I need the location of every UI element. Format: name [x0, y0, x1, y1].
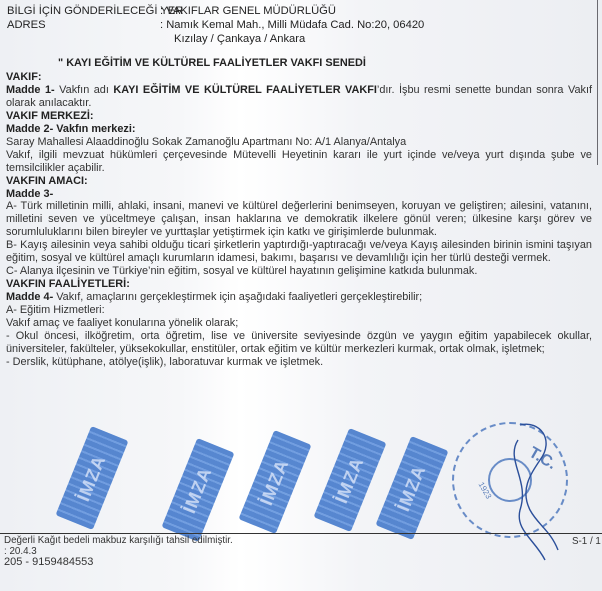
article-4-text: Vakıf, amaçlarını gerçekleştirmek için a…: [53, 291, 422, 303]
footer-divider: [0, 533, 602, 534]
section-heading-vakif: VAKIF:: [6, 71, 592, 84]
signature-icon: [500, 420, 560, 570]
imza-stamp-label: İMZA: [393, 462, 430, 514]
recipient-label: BİLGİ İÇİN GÖNDERİLECEĞİ YER: [7, 4, 160, 18]
article-4-label: Madde 4-: [6, 291, 53, 303]
section-heading-faaliyet: VAKFIN FAALİYETLERİ:: [6, 278, 592, 291]
activities-intro: Vakıf amaç ve faaliyet konularına yöneli…: [6, 317, 592, 330]
article-4: Madde 4- Vakıf, amaçlarını gerçekleştirm…: [6, 291, 592, 304]
education-services-heading: A- Eğitim Hizmetleri:: [6, 304, 592, 317]
document-title: " KAYI EĞİTİM VE KÜLTÜREL FAALİYETLER VA…: [6, 57, 592, 70]
page-number: S-1 / 1 - 5: [572, 536, 602, 547]
article-2-label: Madde 2- Vakfın merkezi:: [6, 123, 592, 136]
address-line-1: : Namık Kemal Mah., Milli Müdafa Cad. No…: [160, 18, 424, 32]
imza-stamp: İMZA: [238, 430, 311, 534]
imza-stamp: İMZA: [375, 436, 448, 540]
imza-stamp: İMZA: [55, 426, 128, 530]
purpose-b: B- Kayış ailesinin veya sahibi olduğu ti…: [6, 239, 592, 265]
purpose-c: C- Alanya ilçesinin ve Türkiye’nin eğiti…: [6, 265, 592, 278]
footer-line-1: Değerli Kağıt bedeli makbuz karşılığı ta…: [4, 536, 233, 547]
imza-stamp-label: İMZA: [331, 454, 368, 506]
imza-stamp-label: İMZA: [256, 456, 293, 508]
article-3-label: Madde 3-: [6, 188, 592, 201]
section-heading-amac: VAKFIN AMACI:: [6, 175, 592, 188]
right-border-line: [597, 0, 598, 165]
article-1-label: Madde 1-: [6, 84, 55, 96]
activity-item-2: - Derslik, kütüphane, atölye(işlik), lab…: [6, 356, 592, 369]
article-1-text-pre: Vakfın adı: [55, 84, 114, 96]
document-body: " KAYI EĞİTİM VE KÜLTÜREL FAALİYETLER VA…: [6, 57, 592, 369]
recipient-header: BİLGİ İÇİN GÖNDERİLECEĞİ YER : VAKIFLAR …: [7, 4, 424, 46]
imza-stamp-label: İMZA: [73, 452, 110, 504]
purpose-a: A- Türk milletinin milli, ahlaki, insani…: [6, 200, 592, 239]
headquarters-address: Saray Mahallesi Alaaddinoğlu Sokak Zaman…: [6, 136, 592, 149]
article-2-text: Vakıf, ilgili mevzuat hükümleri çerçeves…: [6, 149, 592, 175]
imza-stamp-label: İMZA: [179, 464, 216, 516]
imza-stamp: İMZA: [313, 428, 386, 532]
activity-item-1: - Okul öncesi, ilköğretim, orta öğretim,…: [6, 330, 592, 356]
recipient-value: : VAKIFLAR GENEL MÜDÜRLÜĞÜ: [160, 4, 336, 18]
footer-note: Değerli Kağıt bedeli makbuz karşılığı ta…: [4, 536, 233, 568]
address-line-2: Kızılay / Çankaya / Ankara: [7, 32, 424, 46]
footer-line-3: 205 - 9159484553: [4, 557, 233, 568]
address-label: ADRES: [7, 18, 160, 32]
imza-stamp: İMZA: [161, 438, 234, 542]
document-page: BİLGİ İÇİN GÖNDERİLECEĞİ YER : VAKIFLAR …: [0, 0, 602, 591]
section-heading-merkez: VAKIF MERKEZİ:: [6, 110, 592, 123]
foundation-name: KAYI EĞİTİM VE KÜLTÜREL FAALİYETLER VAKF…: [113, 84, 377, 96]
article-1: Madde 1- Vakfın adı KAYI EĞİTİM VE KÜLTÜ…: [6, 84, 592, 110]
